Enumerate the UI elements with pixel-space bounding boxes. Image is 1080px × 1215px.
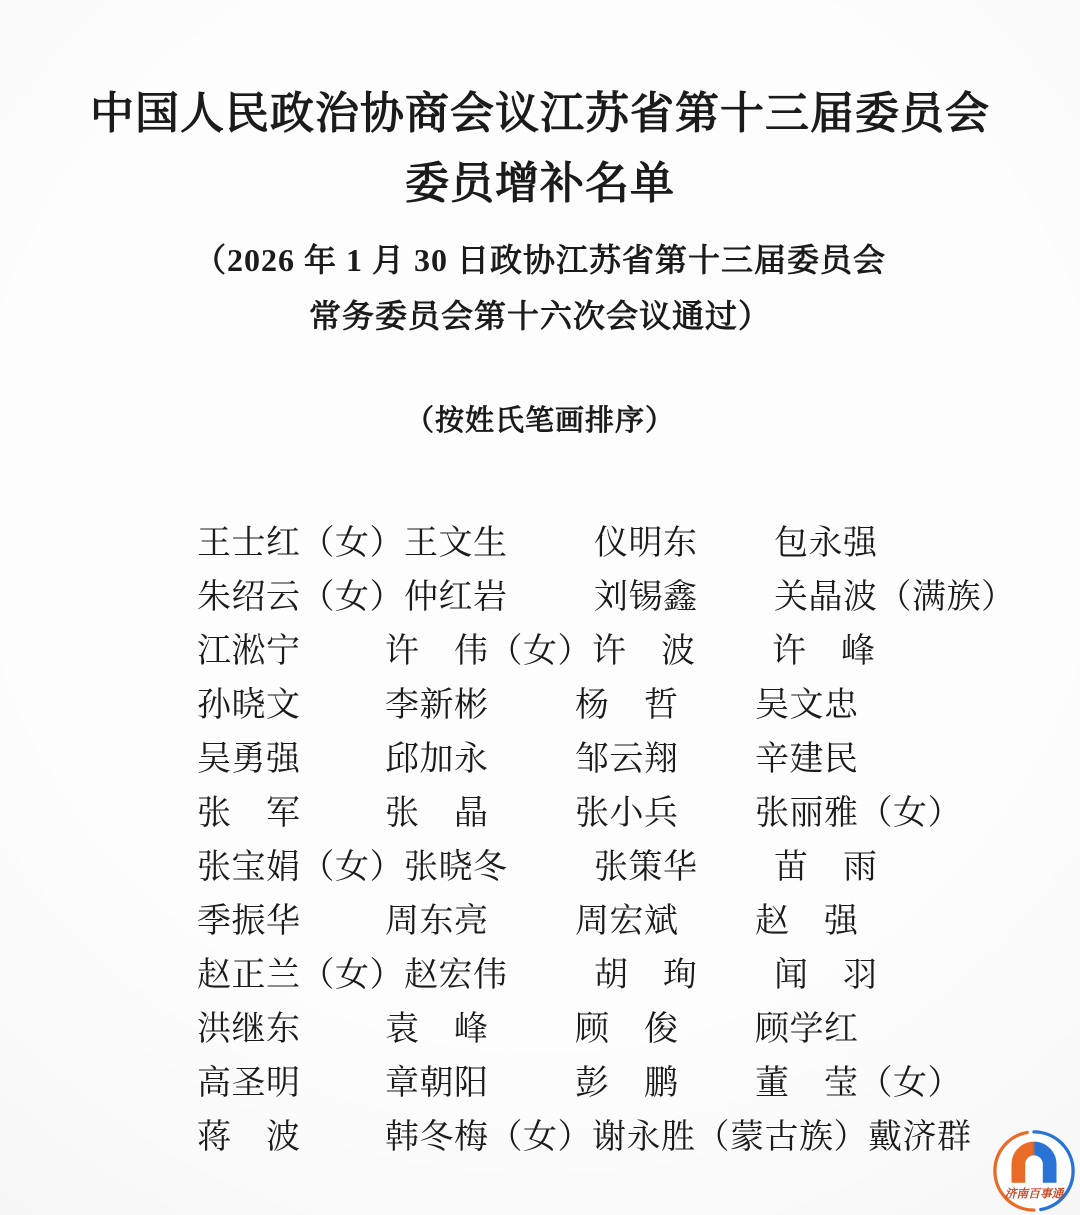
member-name: 王文生 bbox=[404, 515, 594, 564]
sort-order-note: （按姓氏笔画排序） bbox=[0, 398, 1080, 439]
member-name: 张宝娟（女） bbox=[197, 839, 404, 888]
member-name: 张策华 bbox=[594, 839, 774, 888]
approval-note: （2026 年 1 月 30 日政协江苏省第十三届委员会 常务委员会第十六次会议… bbox=[0, 244, 1080, 332]
member-name: 张小兵 bbox=[575, 785, 755, 834]
title-line-1: 中国人民政治协商会议江苏省第十三届委员会 bbox=[0, 92, 1080, 136]
member-name: 江淞宁 bbox=[197, 623, 385, 672]
member-name: 周东亮 bbox=[385, 893, 575, 942]
document-page: 中国人民政治协商会议江苏省第十三届委员会 委员增补名单 （2026 年 1 月 … bbox=[0, 0, 1080, 1215]
member-name: 张 军 bbox=[197, 785, 385, 834]
member-row: 高圣明章朝阳彭 鹏董 莹（女） bbox=[197, 1052, 1080, 1106]
member-name: 胡 珣 bbox=[594, 947, 774, 996]
member-name: 张丽雅（女） bbox=[755, 785, 962, 834]
member-name: 仲红岩 bbox=[404, 569, 594, 618]
member-name: 章朝阳 bbox=[385, 1055, 575, 1104]
member-row: 张 军张 晶张小兵张丽雅（女） bbox=[197, 782, 1080, 836]
title-line-2: 委员增补名单 bbox=[0, 162, 1080, 206]
member-name: 许 峰 bbox=[772, 623, 876, 672]
member-row: 赵正兰（女）赵宏伟胡 珣闻 羽 bbox=[197, 944, 1080, 998]
member-name: 吴勇强 bbox=[197, 731, 385, 780]
member-name: 赵 强 bbox=[755, 893, 859, 942]
member-name: 邱加永 bbox=[385, 731, 575, 780]
member-name: 袁 峰 bbox=[385, 1001, 575, 1050]
member-name: 许 伟（女） bbox=[385, 623, 592, 672]
member-name: 张 晶 bbox=[385, 785, 575, 834]
member-row: 孙晓文李新彬杨 哲吴文忠 bbox=[197, 674, 1080, 728]
member-name: 张晓冬 bbox=[404, 839, 594, 888]
member-name: 吴文忠 bbox=[755, 677, 859, 726]
member-row: 洪继东袁 峰顾 俊顾学红 bbox=[197, 998, 1080, 1052]
member-name: 朱绍云（女） bbox=[197, 569, 404, 618]
member-list: 王士红（女）王文生仪明东包永强朱绍云（女）仲红岩刘锡鑫关晶波（满族）江淞宁许 伟… bbox=[197, 512, 1080, 1160]
approval-line-1: （2026 年 1 月 30 日政协江苏省第十三届委员会 bbox=[0, 244, 1080, 276]
member-row: 吴勇强邱加永邹云翔辛建民 bbox=[197, 728, 1080, 782]
member-name: 关晶波（满族） bbox=[774, 569, 1016, 618]
member-name: 谢永胜（蒙古族） bbox=[592, 1109, 868, 1158]
member-name: 洪继东 bbox=[197, 1001, 385, 1050]
member-name: 高圣明 bbox=[197, 1055, 385, 1104]
member-row: 江淞宁许 伟（女）许 波许 峰 bbox=[197, 620, 1080, 674]
member-name: 赵正兰（女） bbox=[197, 947, 404, 996]
member-name: 刘锡鑫 bbox=[594, 569, 774, 618]
badge-logo-icon: 济南百事通 bbox=[990, 1127, 1078, 1215]
member-row: 王士红（女）王文生仪明东包永强 bbox=[197, 512, 1080, 566]
member-name: 戴济群 bbox=[868, 1109, 972, 1158]
approval-line-2: 常务委员会第十六次会议通过） bbox=[0, 300, 1080, 332]
member-name: 仪明东 bbox=[594, 515, 774, 564]
member-name: 邹云翔 bbox=[575, 731, 755, 780]
member-name: 辛建民 bbox=[755, 731, 859, 780]
member-name: 彭 鹏 bbox=[575, 1055, 755, 1104]
document-title: 中国人民政治协商会议江苏省第十三届委员会 委员增补名单 bbox=[0, 0, 1080, 206]
svg-text:济南百事通: 济南百事通 bbox=[1005, 1186, 1066, 1200]
member-name: 季振华 bbox=[197, 893, 385, 942]
member-name: 周宏斌 bbox=[575, 893, 755, 942]
member-name: 杨 哲 bbox=[575, 677, 755, 726]
member-name: 闻 羽 bbox=[774, 947, 878, 996]
member-name: 董 莹（女） bbox=[755, 1055, 962, 1104]
member-row: 蒋 波韩冬梅（女）谢永胜（蒙古族）戴济群 bbox=[197, 1106, 1080, 1160]
member-name: 王士红（女） bbox=[197, 515, 404, 564]
member-name: 韩冬梅（女） bbox=[385, 1109, 592, 1158]
member-row: 张宝娟（女）张晓冬张策华苗 雨 bbox=[197, 836, 1080, 890]
member-name: 顾 俊 bbox=[575, 1001, 755, 1050]
member-name: 顾学红 bbox=[755, 1001, 859, 1050]
member-name: 孙晓文 bbox=[197, 677, 385, 726]
member-row: 朱绍云（女）仲红岩刘锡鑫关晶波（满族） bbox=[197, 566, 1080, 620]
watermark-logo: 济南百事通 bbox=[990, 1127, 1078, 1215]
member-name: 包永强 bbox=[774, 515, 878, 564]
member-row: 季振华周东亮周宏斌赵 强 bbox=[197, 890, 1080, 944]
member-name: 李新彬 bbox=[385, 677, 575, 726]
member-name: 苗 雨 bbox=[774, 839, 878, 888]
member-name: 蒋 波 bbox=[197, 1109, 385, 1158]
member-name: 赵宏伟 bbox=[404, 947, 594, 996]
member-name: 许 波 bbox=[592, 623, 772, 672]
